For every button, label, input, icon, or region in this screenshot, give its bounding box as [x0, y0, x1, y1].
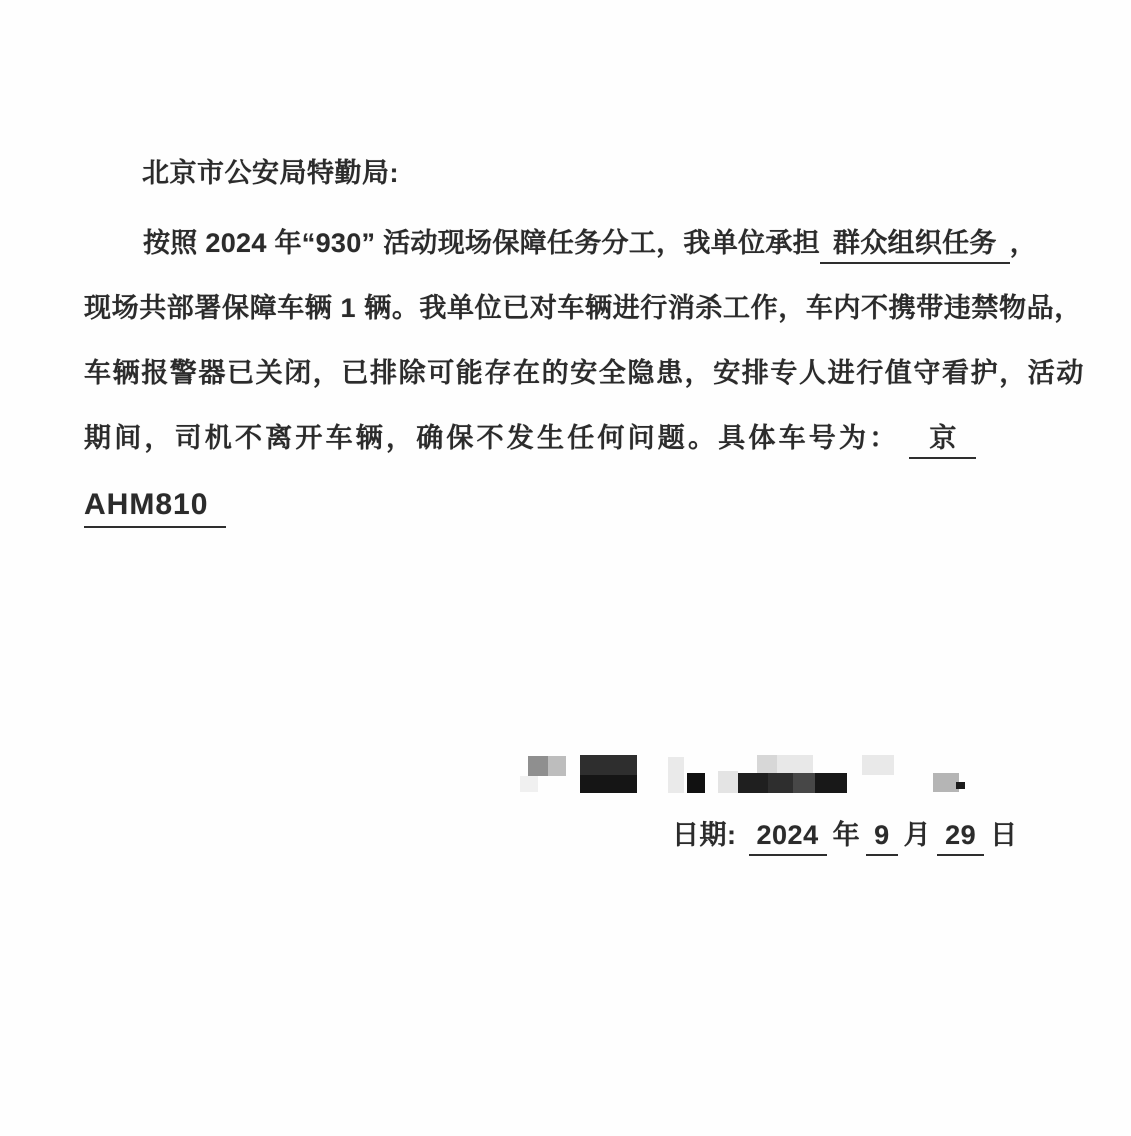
redaction-block: [793, 773, 815, 793]
date-day-unit: 日: [990, 820, 1018, 850]
body-line-4: 期间，司机不离开车辆，确保不发生任何问题。具体车号为：京: [84, 421, 976, 459]
body-line-5: AHM810: [84, 488, 226, 528]
date-year-underlined: 2024: [749, 818, 827, 856]
redaction-block: [687, 773, 705, 793]
redaction-block: [757, 755, 777, 773]
body-line-3: 车辆报警器已关闭，已排除可能存在的安全隐患，安排专人进行值守看护，活动: [84, 356, 1085, 390]
date-day-underlined: 29: [937, 818, 984, 856]
body-line-1-comma: ，: [1010, 228, 1037, 258]
redaction-block: [933, 773, 959, 792]
redaction-block: [520, 776, 538, 792]
scanned-letter-page: { "page": { "paper_color": "#fefefe", "i…: [0, 0, 1131, 1136]
redaction-block: [738, 773, 768, 793]
date-year-unit: 年: [833, 820, 861, 850]
redaction-block: [580, 775, 637, 793]
body-line-1-text: 按照 2024 年“930” 活动现场保障任务分工，我单位承担: [143, 228, 820, 258]
date-month-underlined: 9: [866, 818, 898, 856]
redaction-block: [548, 756, 566, 776]
plate-province-fill-underlined: 京: [909, 421, 975, 459]
redaction-block: [815, 773, 847, 793]
redaction-block: [777, 755, 813, 773]
redaction-block: [528, 756, 548, 776]
plate-number-fill-underlined: AHM810: [84, 488, 226, 528]
redaction-block: [768, 773, 793, 793]
redaction-block: [718, 771, 738, 793]
body-line-4-text: 期间，司机不离开车辆，确保不发生任何问题。具体车号为：: [84, 423, 899, 453]
salutation: 北京市公安局特勤局:: [142, 156, 399, 190]
document-page: 北京市公安局特勤局: 按照 2024 年“930” 活动现场保障任务分工，我单位…: [0, 0, 1131, 1136]
date-line: 日期: 2024年9月29日: [672, 818, 1020, 856]
date-label: 日期:: [672, 820, 737, 850]
redaction-block: [668, 757, 684, 793]
redaction-block: [862, 755, 894, 775]
redaction-block: [956, 782, 965, 789]
body-line-2: 现场共部署保障车辆 1 辆。我单位已对车辆进行消杀工作，车内不携带违禁物品，: [84, 291, 1082, 325]
task-fill-underlined: 群众组织任务: [820, 226, 1010, 264]
body-line-1: 按照 2024 年“930” 活动现场保障任务分工，我单位承担群众组织任务，: [143, 226, 1037, 264]
date-month-unit: 月: [904, 820, 932, 850]
redaction-block: [580, 755, 637, 775]
